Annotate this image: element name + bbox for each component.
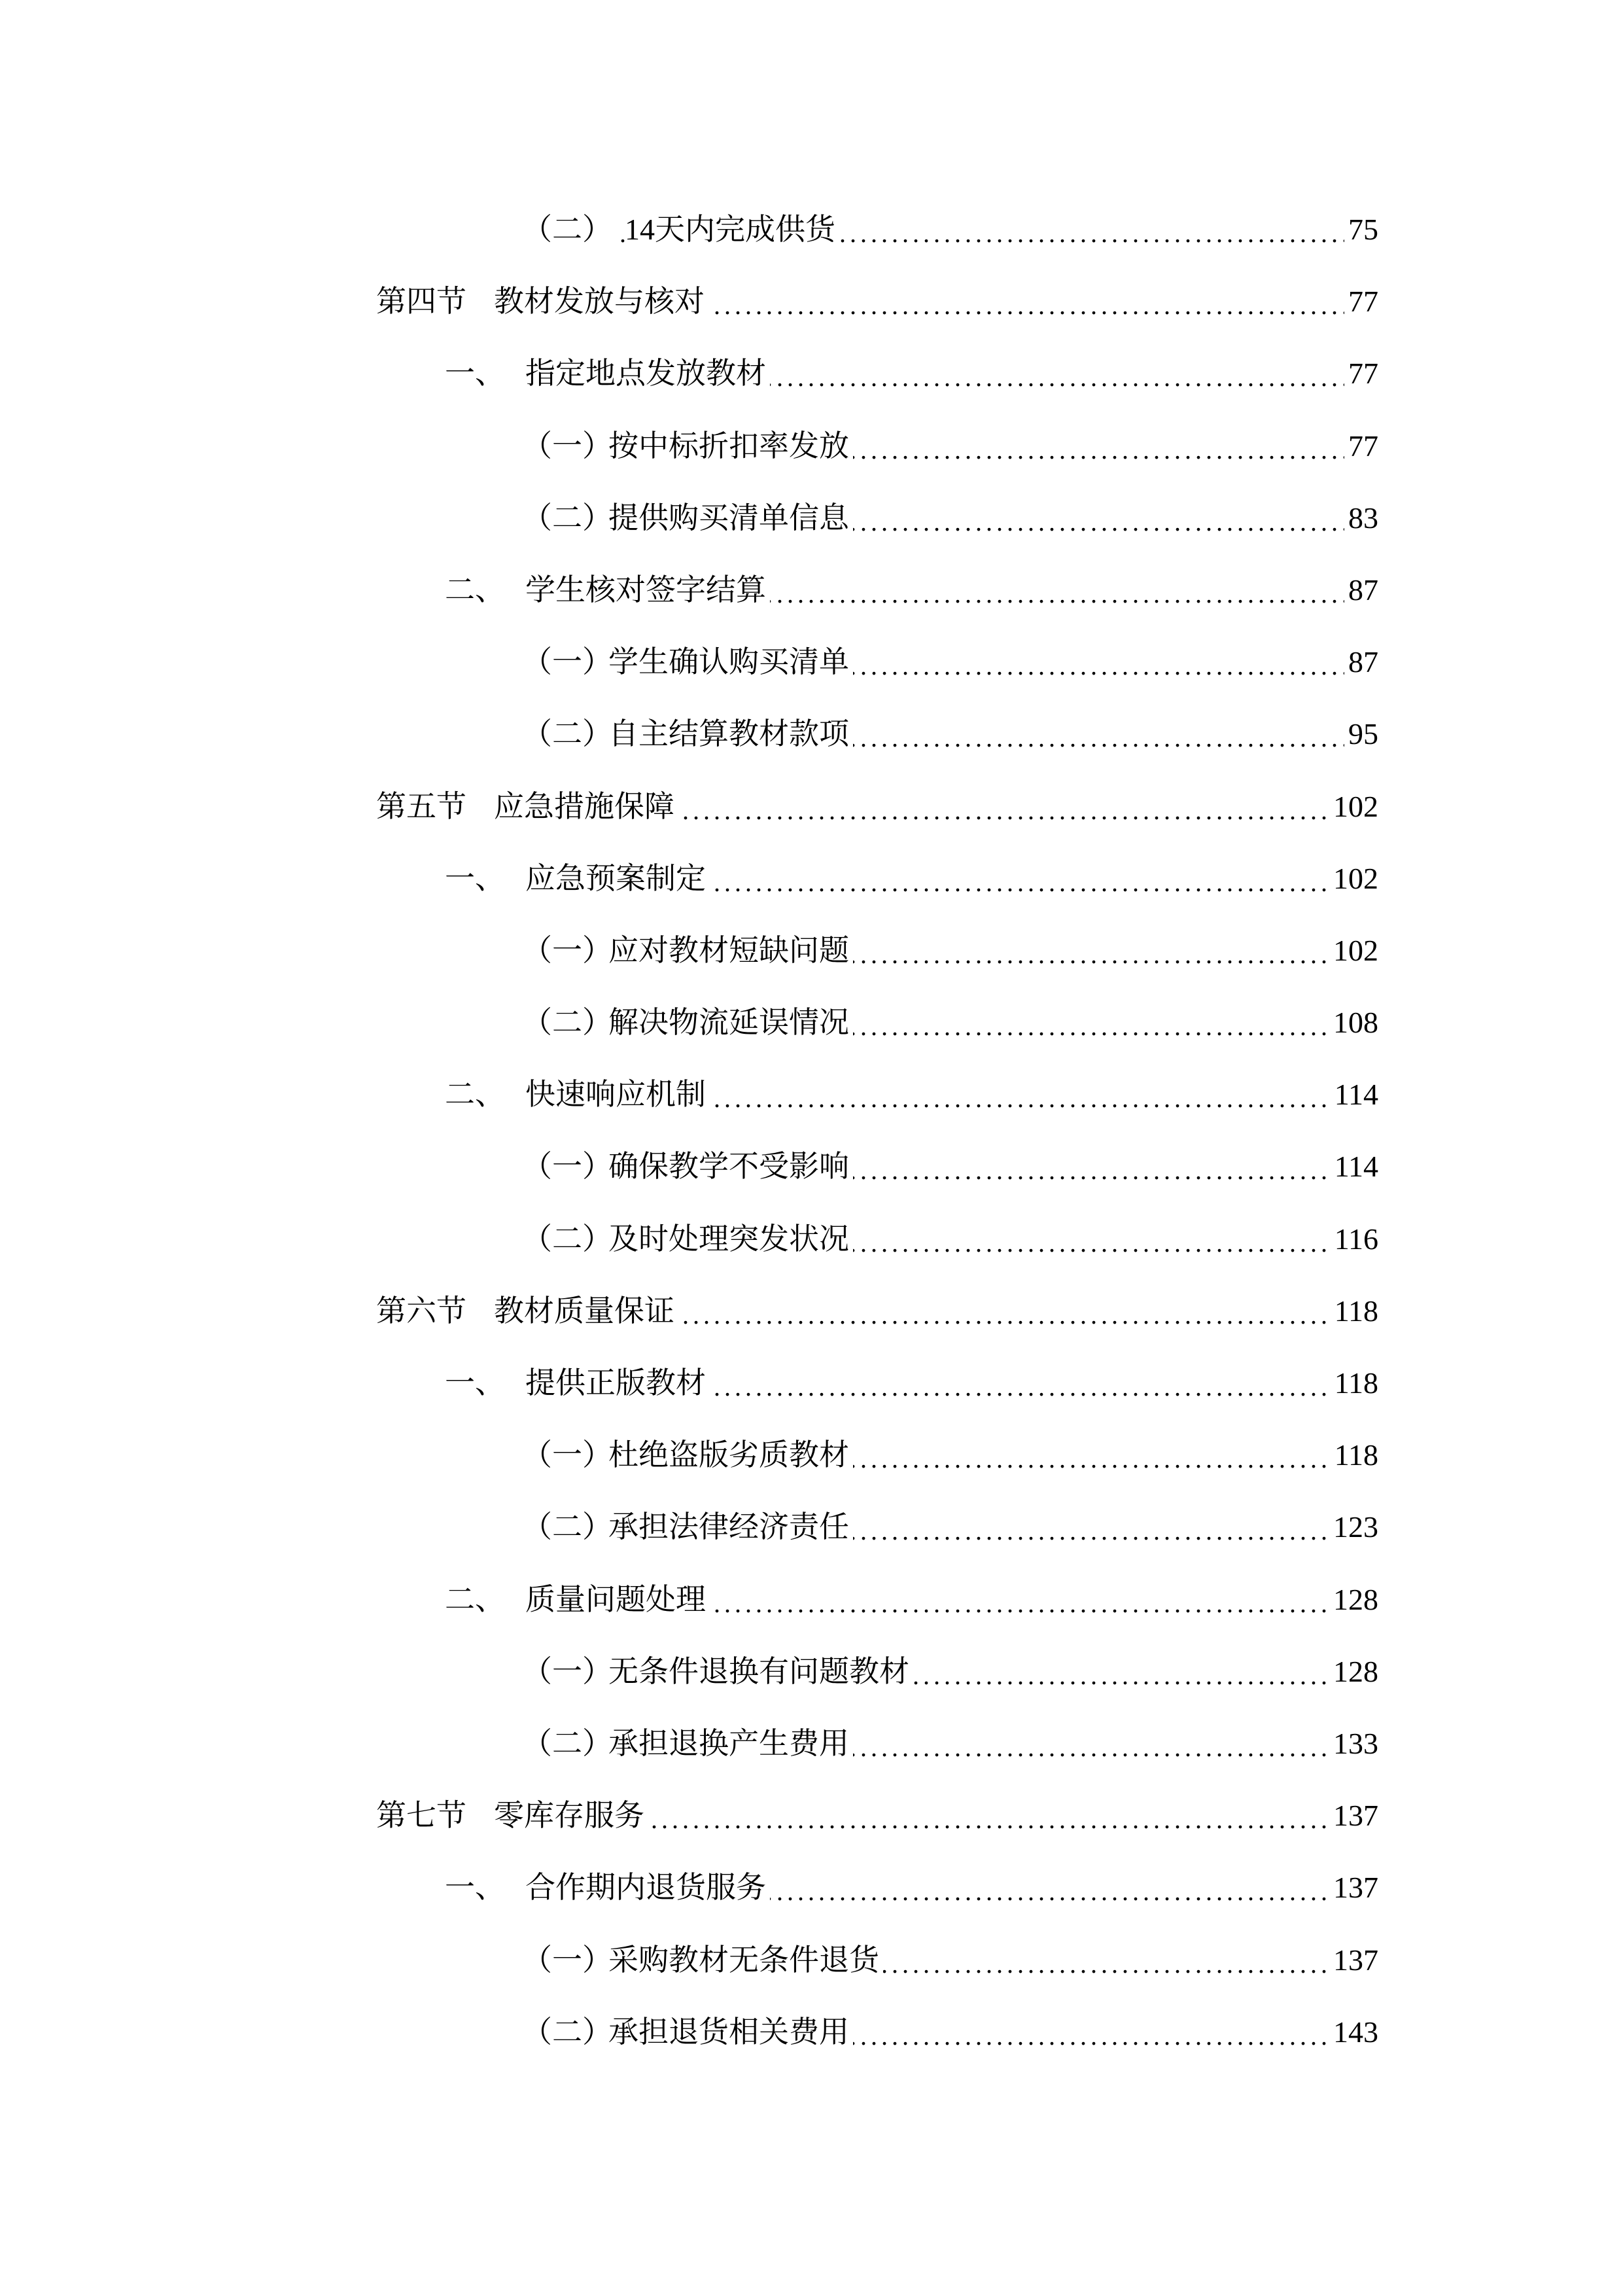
toc-entry-number: 一、 bbox=[445, 338, 509, 410]
toc-entry[interactable]: （二） 自主结算教材款项 95 bbox=[0, 698, 1623, 770]
toc-entry[interactable]: 第四节 教材发放与核对 77 bbox=[0, 266, 1623, 338]
toc-entry-number: 第六节 bbox=[376, 1275, 470, 1347]
toc-entry-page: 118 bbox=[1331, 1419, 1378, 1491]
toc-entry-title: 14天内完成供货 bbox=[625, 194, 839, 266]
toc-entry-page: 123 bbox=[1329, 1491, 1378, 1563]
toc-entry-number: （一） bbox=[522, 410, 616, 482]
toc-entry[interactable]: 二、 质量问题处理 128 bbox=[0, 1564, 1623, 1636]
toc-entry-page: 95 bbox=[1344, 698, 1378, 770]
toc-entry-page: 137 bbox=[1329, 1852, 1378, 1924]
toc-entry-title: 无条件退换有问题教材 bbox=[608, 1636, 913, 1708]
toc-entry-title: 解决物流延误情况 bbox=[608, 987, 853, 1059]
toc-entry-number: （二） bbox=[522, 1996, 616, 2068]
toc-entry[interactable]: （一） 杜绝盗版劣质教材 118 bbox=[0, 1419, 1623, 1491]
toc-entry-page: 75 bbox=[1344, 194, 1378, 266]
toc-entry-page: 108 bbox=[1329, 987, 1378, 1059]
toc-entry[interactable]: （一） 应对教材短缺问题 102 bbox=[0, 915, 1623, 987]
toc-entry-number: （一） bbox=[522, 1131, 616, 1203]
toc-entry-number: （二） bbox=[522, 1203, 616, 1275]
toc-entry-title: 承担退换产生费用 bbox=[608, 1708, 853, 1780]
toc-entry-page: 128 bbox=[1329, 1564, 1378, 1636]
toc-entry[interactable]: （二） 解决物流延误情况 108 bbox=[0, 987, 1623, 1059]
toc-entry-title: 应急预案制定 bbox=[525, 843, 710, 915]
toc-entry[interactable]: （二） 承担法律经济责任 123 bbox=[0, 1491, 1623, 1563]
toc-entry-number: （一） bbox=[522, 626, 616, 698]
toc-entry-number: 二、 bbox=[445, 554, 509, 626]
toc-entry-page: 77 bbox=[1344, 266, 1378, 338]
toc-entry-title: 承担法律经济责任 bbox=[608, 1491, 853, 1563]
toc-entry-title: 质量问题处理 bbox=[525, 1564, 710, 1636]
toc-entry-number: （二） bbox=[522, 1491, 616, 1563]
toc-entry-page: 143 bbox=[1329, 1996, 1378, 2068]
table-of-contents: （二） 14天内完成供货 75 第四节 教材发放与核对 77 一、 指定地点发放… bbox=[0, 194, 1623, 2068]
toc-entry-page: 83 bbox=[1344, 482, 1378, 554]
toc-entry-title: 学生确认购买清单 bbox=[608, 626, 853, 698]
toc-entry[interactable]: （二） 14天内完成供货 75 bbox=[0, 194, 1623, 266]
toc-entry-title: 承担退货相关费用 bbox=[608, 1996, 853, 2068]
toc-entry-title: 零库存服务 bbox=[494, 1780, 648, 1852]
toc-entry-title: 杜绝盗版劣质教材 bbox=[608, 1419, 853, 1491]
toc-entry-page: 114 bbox=[1331, 1059, 1378, 1131]
toc-entry[interactable]: 一、 提供正版教材 118 bbox=[0, 1347, 1623, 1419]
toc-entry-title: 合作期内退货服务 bbox=[525, 1852, 770, 1924]
toc-entry-number: 一、 bbox=[445, 1347, 509, 1419]
toc-entry-number: （一） bbox=[522, 915, 616, 987]
toc-entry-number: （二） bbox=[522, 987, 616, 1059]
toc-entry-number: （一） bbox=[522, 1419, 616, 1491]
toc-entry-number: 二、 bbox=[445, 1059, 509, 1131]
toc-entry-number: 一、 bbox=[445, 843, 509, 915]
toc-entry[interactable]: （二） 提供购买清单信息 83 bbox=[0, 482, 1623, 554]
toc-entry-title: 指定地点发放教材 bbox=[525, 338, 770, 410]
toc-entry-page: 77 bbox=[1344, 410, 1378, 482]
toc-entry-page: 77 bbox=[1344, 338, 1378, 410]
toc-entry-page: 102 bbox=[1329, 843, 1378, 915]
toc-entry-page: 133 bbox=[1329, 1708, 1378, 1780]
toc-entry-title: 提供正版教材 bbox=[525, 1347, 710, 1419]
toc-entry[interactable]: （二） 承担退换产生费用 133 bbox=[0, 1708, 1623, 1780]
toc-entry-number: （一） bbox=[522, 1636, 616, 1708]
toc-entry-number: 第七节 bbox=[376, 1780, 470, 1852]
toc-entry[interactable]: 一、 合作期内退货服务 137 bbox=[0, 1852, 1623, 1924]
toc-entry-page: 87 bbox=[1344, 626, 1378, 698]
toc-entry[interactable]: （二） 及时处理突发状况 116 bbox=[0, 1203, 1623, 1275]
toc-entry-title: 应急措施保障 bbox=[494, 771, 678, 843]
toc-entry[interactable]: 第六节 教材质量保证 118 bbox=[0, 1275, 1623, 1347]
toc-entry[interactable]: （一） 按中标折扣率发放 77 bbox=[0, 410, 1623, 482]
toc-entry-title: 采购教材无条件退货 bbox=[608, 1924, 883, 1996]
toc-entry[interactable]: 一、 指定地点发放教材 77 bbox=[0, 338, 1623, 410]
toc-entry-title: 及时处理突发状况 bbox=[608, 1203, 853, 1275]
toc-entry-title: 快速响应机制 bbox=[525, 1059, 710, 1131]
toc-entry[interactable]: （一） 采购教材无条件退货 137 bbox=[0, 1924, 1623, 1996]
toc-entry-number: （二） bbox=[522, 482, 616, 554]
toc-entry-title: 确保教学不受影响 bbox=[608, 1131, 853, 1203]
toc-entry[interactable]: （一） 无条件退换有问题教材 128 bbox=[0, 1636, 1623, 1708]
toc-entry-number: 二、 bbox=[445, 1564, 509, 1636]
toc-entry-number: （一） bbox=[522, 1924, 616, 1996]
toc-entry-page: 137 bbox=[1329, 1780, 1378, 1852]
toc-entry-title: 应对教材短缺问题 bbox=[608, 915, 853, 987]
toc-entry-page: 118 bbox=[1331, 1275, 1378, 1347]
toc-entry-number: （二） bbox=[522, 194, 616, 266]
toc-entry-page: 128 bbox=[1329, 1636, 1378, 1708]
toc-entry-title: 教材质量保证 bbox=[494, 1275, 678, 1347]
toc-entry-number: （二） bbox=[522, 698, 616, 770]
toc-entry[interactable]: 一、 应急预案制定 102 bbox=[0, 843, 1623, 915]
toc-entry-page: 102 bbox=[1329, 771, 1378, 843]
toc-entry-title: 按中标折扣率发放 bbox=[608, 410, 853, 482]
toc-entry[interactable]: （二） 承担退货相关费用 143 bbox=[0, 1996, 1623, 2068]
toc-entry-title: 学生核对签字结算 bbox=[525, 554, 770, 626]
toc-entry-title: 教材发放与核对 bbox=[494, 266, 708, 338]
toc-entry-number: 第五节 bbox=[376, 771, 470, 843]
toc-entry-title: 自主结算教材款项 bbox=[608, 698, 853, 770]
toc-entry[interactable]: （一） 学生确认购买清单 87 bbox=[0, 626, 1623, 698]
toc-entry-number: 第四节 bbox=[376, 266, 470, 338]
toc-entry[interactable]: 第七节 零库存服务 137 bbox=[0, 1780, 1623, 1852]
toc-entry-page: 102 bbox=[1329, 915, 1378, 987]
toc-entry[interactable]: 二、 学生核对签字结算 87 bbox=[0, 554, 1623, 626]
toc-entry-page: 118 bbox=[1331, 1347, 1378, 1419]
toc-entry-page: 137 bbox=[1329, 1924, 1378, 1996]
toc-entry-page: 114 bbox=[1331, 1131, 1378, 1203]
toc-entry-title: 提供购买清单信息 bbox=[608, 482, 853, 554]
toc-entry[interactable]: （一） 确保教学不受影响 114 bbox=[0, 1131, 1623, 1203]
toc-entry[interactable]: 二、 快速响应机制 114 bbox=[0, 1059, 1623, 1131]
toc-entry-number: （二） bbox=[522, 1708, 616, 1780]
toc-entry-page: 87 bbox=[1344, 554, 1378, 626]
toc-entry[interactable]: 第五节 应急措施保障 102 bbox=[0, 771, 1623, 843]
toc-entry-number: 一、 bbox=[445, 1852, 509, 1924]
toc-entry-page: 116 bbox=[1331, 1203, 1378, 1275]
